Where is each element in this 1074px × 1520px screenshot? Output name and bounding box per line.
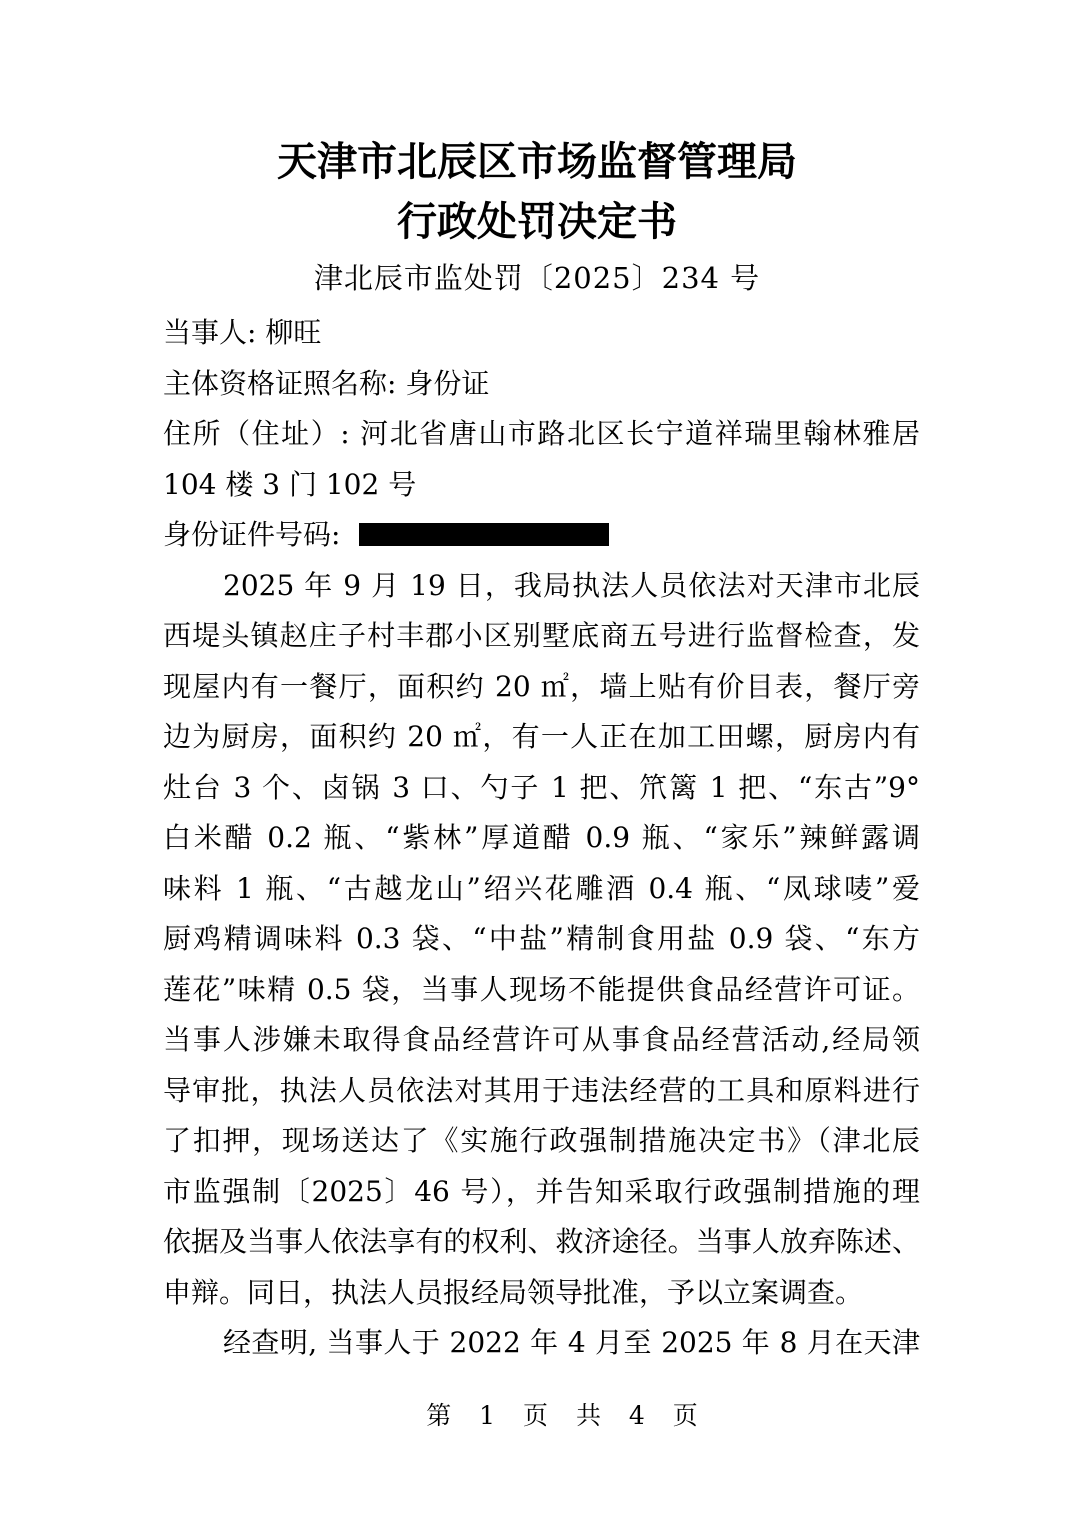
document-page: 天津市北辰区市场监督管理局 行政处罚决定书 津北辰市监处罚〔2025〕234 号…	[0, 0, 1074, 1520]
document-line: 厨鸡精调味料 0.3 袋、“中盐”精制食用盐 0.9 袋、“东方	[163, 914, 920, 965]
document-number: 津北辰市监处罚〔2025〕234 号	[0, 252, 1074, 304]
party-info-block: 当事人: 柳旺主体资格证照名称: 身份证住所（住址）: 河北省唐山市路北区长宁道…	[163, 308, 920, 510]
document-line: 现屋内有一餐厅，面积约 20 ㎡，墙上贴有价目表，餐厅旁	[163, 662, 920, 713]
redacted-id-number	[359, 523, 609, 546]
document-title-line1: 天津市北辰区市场监督管理局	[0, 132, 1074, 192]
document-line: 了扣押，现场送达了《实施行政强制措施决定书》（津北辰	[163, 1116, 920, 1167]
document-line: 104 楼 3 门 102 号	[163, 460, 920, 511]
page-footer: 第 1 页 共 4 页	[60, 1398, 1074, 1434]
document-line: 边为厨房，面积约 20 ㎡，有一人正在加工田螺，厨房内有	[163, 712, 920, 763]
document-line: 导审批，执法人员依法对其用于违法经营的工具和原料进行	[163, 1066, 920, 1117]
document-line: 住所（住址）: 河北省唐山市路北区长宁道祥瑞里翰林雅居	[163, 409, 920, 460]
document-line: 灶台 3 个、卤锅 3 口、勺子 1 把、笊篱 1 把、“东古”9°	[163, 763, 920, 814]
paragraph-findings: 经查明, 当事人于 2022 年 4 月至 2025 年 8 月在天津市	[163, 1318, 920, 1369]
document-title-line2: 行政处罚决定书	[0, 192, 1074, 252]
document-body: 当事人: 柳旺主体资格证照名称: 身份证住所（住址）: 河北省唐山市路北区长宁道…	[163, 308, 920, 1369]
document-line: 主体资格证照名称: 身份证	[163, 359, 920, 410]
document-line: 味料 1 瓶、“古越龙山”绍兴花雕酒 0.4 瓶、“凤球唛”爱	[163, 864, 920, 915]
document-line: 市监强制〔2025〕46 号），并告知采取行政强制措施的理由、	[163, 1167, 920, 1218]
document-line: 莲花”味精 0.5 袋，当事人现场不能提供食品经营许可证。	[163, 965, 920, 1016]
document-line: 西堤头镇赵庄子村丰郡小区别墅底商五号进行监督检查，发	[163, 611, 920, 662]
document-line: 白米醋 0.2 瓶、“紫林”厚道醋 0.9 瓶、“家乐”辣鲜露调	[163, 813, 920, 864]
id-number-label: 身份证件号码:	[163, 518, 349, 551]
paragraph-inspection: 2025 年 9 月 19 日，我局执法人员依法对天津市北辰区西堤头镇赵庄子村丰…	[163, 561, 920, 1319]
document-line: 当事人涉嫌未取得食品经营许可从事食品经营活动,经局领	[163, 1015, 920, 1066]
document-line: 依据及当事人依法享有的权利、救济途径。当事人放弃陈述、	[163, 1217, 920, 1268]
document-line: 2025 年 9 月 19 日，我局执法人员依法对天津市北辰区	[163, 561, 920, 612]
document-line: 当事人: 柳旺	[163, 308, 920, 359]
document-line: 申辩。同日，执法人员报经局领导批准，予以立案调查。	[163, 1268, 920, 1319]
document-line: 经查明, 当事人于 2022 年 4 月至 2025 年 8 月在天津市	[163, 1318, 920, 1369]
id-number-line: 身份证件号码:	[163, 510, 920, 561]
